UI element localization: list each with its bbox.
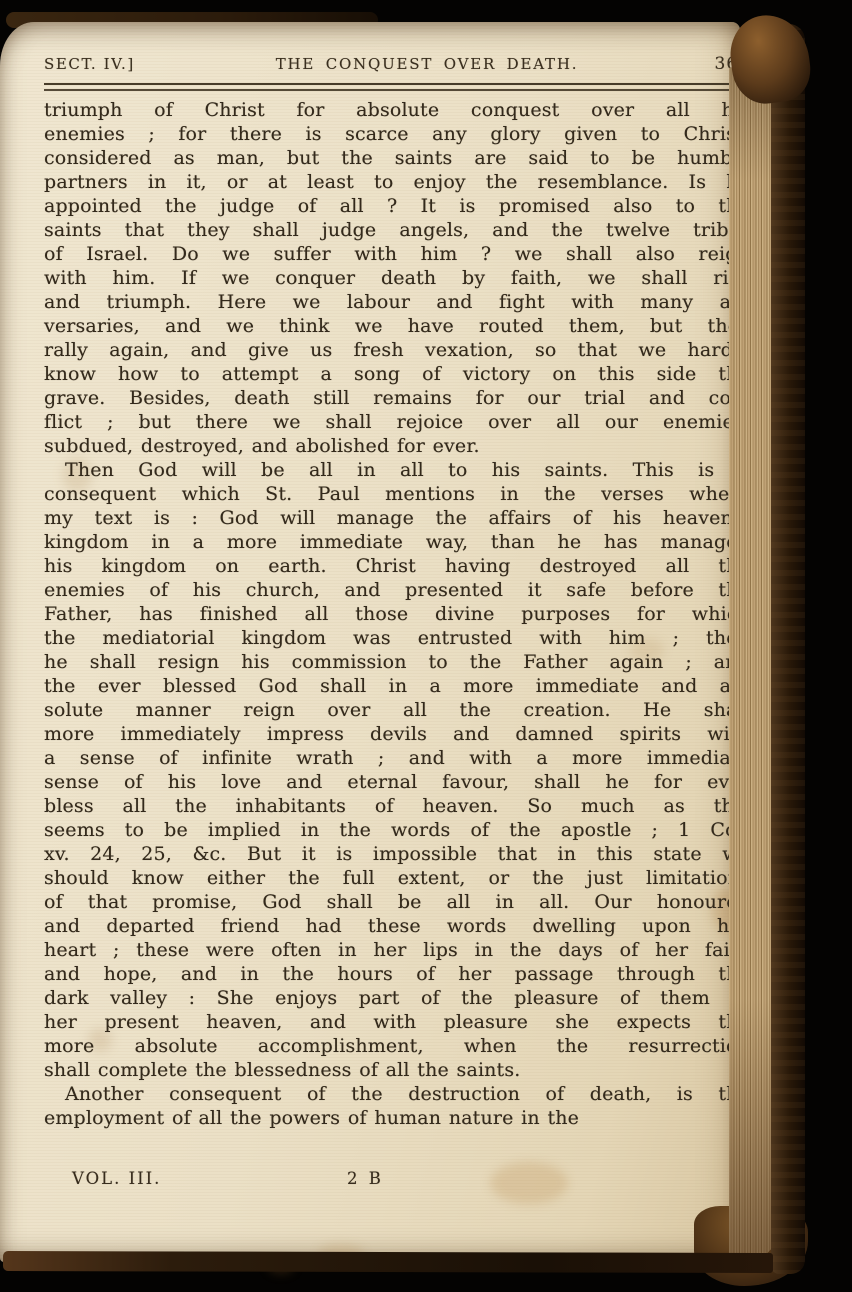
text-line: bless all the inhabitants of heaven. So … bbox=[44, 794, 750, 818]
page-header: SECT. IV.] THE CONQUEST OVER DEATH. 369 bbox=[44, 54, 750, 74]
text-line: should know either the full extent, or t… bbox=[44, 866, 750, 890]
running-title: THE CONQUEST OVER DEATH. bbox=[224, 55, 630, 73]
text-line: and triumph. Here we labour and fight wi… bbox=[44, 290, 750, 314]
section-label: SECT. IV.] bbox=[44, 55, 224, 73]
text-line: the ever blessed God shall in a more imm… bbox=[44, 674, 750, 698]
text-line: rally again, and give us fresh vexation,… bbox=[44, 338, 750, 362]
text-line: of Israel. Do we suffer with him ? we sh… bbox=[44, 242, 750, 266]
page-footer: VOL. III. 2 B bbox=[44, 1169, 750, 1195]
text-line: subdued, destroyed, and abolished for ev… bbox=[44, 434, 750, 458]
text-line: saints that they shall judge angels, and… bbox=[44, 218, 750, 242]
body-text: triumph of Christ for absolute conquest … bbox=[44, 98, 750, 1130]
volume-label: VOL. III. bbox=[72, 1169, 161, 1188]
text-line: with him. If we conquer death by faith, … bbox=[44, 266, 750, 290]
text-line: a sense of infinite wrath ; and with a m… bbox=[44, 746, 750, 770]
text-line: appointed the judge of all ? It is promi… bbox=[44, 194, 750, 218]
text-line: enemies ; for there is scarce any glory … bbox=[44, 122, 750, 146]
text-line: and hope, and in the hours of her passag… bbox=[44, 962, 750, 986]
text-line: more immediately impress devils and damn… bbox=[44, 722, 750, 746]
text-line: seems to be implied in the words of the … bbox=[44, 818, 750, 842]
text-line: solute manner reign over all the creatio… bbox=[44, 698, 750, 722]
text-line: Another consequent of the destruction of… bbox=[44, 1082, 750, 1106]
text-line: heart ; these were often in her lips in … bbox=[44, 938, 750, 962]
text-line: enemies of his church, and presented it … bbox=[44, 578, 750, 602]
text-line: the mediatorial kingdom was entrusted wi… bbox=[44, 626, 750, 650]
page-content: SECT. IV.] THE CONQUEST OVER DEATH. 369 … bbox=[44, 54, 750, 1195]
text-line: Then God will be all in all to his saint… bbox=[44, 458, 750, 482]
book-fore-edge-pages bbox=[729, 62, 777, 1262]
paragraph: Another consequent of the destruction of… bbox=[44, 1082, 750, 1130]
text-line: xv. 24, 25, &c. But it is impossible tha… bbox=[44, 842, 750, 866]
book-photo: SECT. IV.] THE CONQUEST OVER DEATH. 369 … bbox=[0, 0, 852, 1292]
paragraph: Then God will be all in all to his saint… bbox=[44, 458, 750, 1082]
text-line: shall complete the blessedness of all th… bbox=[44, 1058, 750, 1082]
text-line: versaries, and we think we have routed t… bbox=[44, 314, 750, 338]
text-line: kingdom in a more immediate way, than he… bbox=[44, 530, 750, 554]
text-line: considered as man, but the saints are sa… bbox=[44, 146, 750, 170]
text-line: and departed friend had these words dwel… bbox=[44, 914, 750, 938]
text-line: he shall resign his commission to the Fa… bbox=[44, 650, 750, 674]
text-line: consequent which St. Paul mentions in th… bbox=[44, 482, 750, 506]
text-line: triumph of Christ for absolute conquest … bbox=[44, 98, 750, 122]
text-line: her present heaven, and with pleasure sh… bbox=[44, 1010, 750, 1034]
text-line: grave. Besides, death still remains for … bbox=[44, 386, 750, 410]
text-line: know how to attempt a song of victory on… bbox=[44, 362, 750, 386]
text-line: his kingdom on earth. Christ having dest… bbox=[44, 554, 750, 578]
paragraph: triumph of Christ for absolute conquest … bbox=[44, 98, 750, 458]
text-line: sense of his love and eternal favour, sh… bbox=[44, 770, 750, 794]
text-line: employment of all the powers of human na… bbox=[44, 1106, 750, 1130]
text-line: Father, has finished all those divine pu… bbox=[44, 602, 750, 626]
header-double-rule bbox=[44, 83, 750, 91]
text-line: dark valley : She enjoys part of the ple… bbox=[44, 986, 750, 1010]
text-line: my text is : God will manage the affairs… bbox=[44, 506, 750, 530]
book-page: SECT. IV.] THE CONQUEST OVER DEATH. 369 … bbox=[0, 22, 740, 1262]
text-line: flict ; but there we shall rejoice over … bbox=[44, 410, 750, 434]
text-line: more absolute accomplishment, when the r… bbox=[44, 1034, 750, 1058]
signature-mark: 2 B bbox=[347, 1169, 384, 1188]
book-cover-edge bbox=[771, 24, 805, 1274]
text-line: of that promise, God shall be all in all… bbox=[44, 890, 750, 914]
book-cover-bottom-edge bbox=[3, 1251, 773, 1273]
text-line: partners in it, or at least to enjoy the… bbox=[44, 170, 750, 194]
